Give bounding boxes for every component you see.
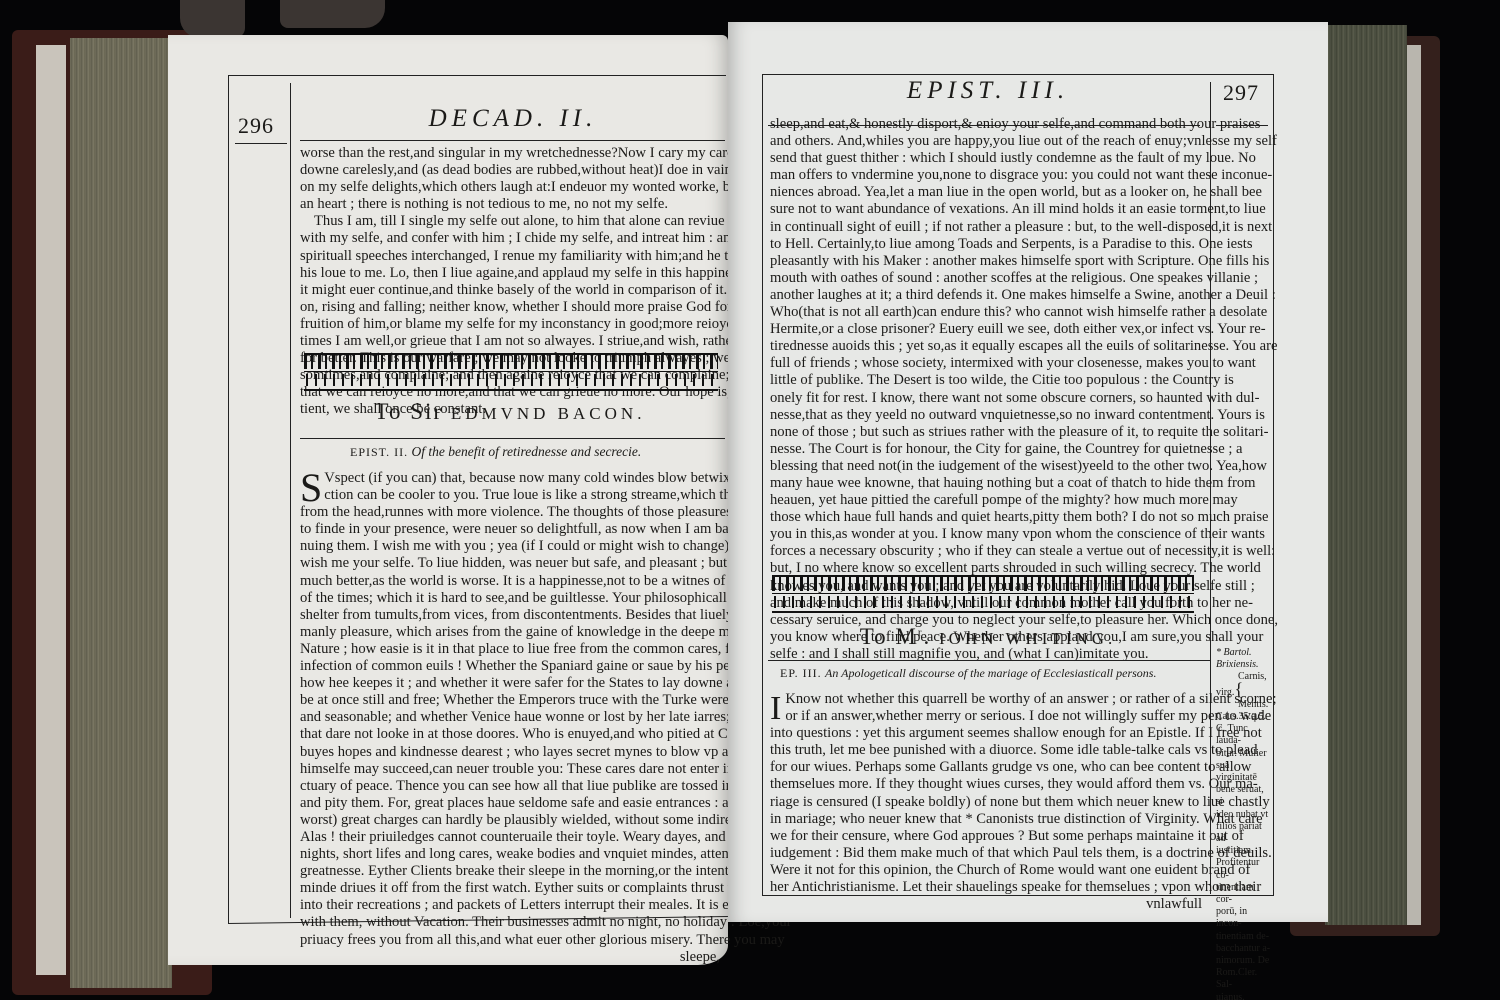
text-line: Know not whether this quarrell be worthy… bbox=[770, 691, 1202, 708]
margin-note-line: bacchantur a- bbox=[1216, 943, 1271, 955]
folio-rule bbox=[235, 143, 287, 144]
text-line: spirituall speeches interchanged, I renu… bbox=[300, 248, 720, 265]
text-line: to Hell. Certainly,to liue among Toads a… bbox=[770, 236, 1202, 253]
text-line: minde driues it off from the first watch… bbox=[300, 880, 720, 897]
text-line: with my selfe, and confer with him ; I c… bbox=[300, 230, 720, 247]
epistle-title: Ep. III. An Apologeticall discourse of t… bbox=[780, 665, 1205, 681]
margin-note-line: tinentiam cor- bbox=[1216, 882, 1271, 906]
ornamental-headpiece bbox=[304, 353, 718, 391]
text-line: from the head,runnes with more violence.… bbox=[300, 504, 720, 521]
margin-note-line: bene seruat, si bbox=[1216, 784, 1271, 808]
text-line: much better,as the world is worse. It is… bbox=[300, 573, 720, 590]
text-line: in mariage; who neuer knew that * Canoni… bbox=[770, 811, 1202, 828]
text-line: manly pleasure, which arises from the ga… bbox=[300, 624, 720, 641]
text-line: send that guest thither : which I should… bbox=[770, 150, 1202, 167]
margin-note-line: Carnis, bbox=[1216, 671, 1271, 683]
text-line: priuacy frees you from all this,and what… bbox=[300, 932, 720, 949]
text-line: nesse,that as they yeeld no outward vnqu… bbox=[770, 407, 1202, 424]
text-line: sleep,and eat,& honestly disport,& enioy… bbox=[770, 116, 1202, 133]
text-line: fruition of him,or blame my selfe for my… bbox=[300, 316, 720, 333]
text-line: nesse. The Court is for honour, the City… bbox=[770, 441, 1202, 458]
brace-icon: { bbox=[1234, 679, 1243, 699]
page-number: 297 bbox=[1223, 80, 1259, 106]
catchword: sleepe, bbox=[300, 949, 720, 966]
text-line: little of publike. The Desert is too wil… bbox=[770, 372, 1202, 389]
text-line: into questions : yet this argument seeme… bbox=[770, 725, 1202, 742]
margin-note-line: tinentiam de- bbox=[1216, 931, 1271, 943]
text-line: or if an answer,whether merry or serious… bbox=[770, 708, 1202, 725]
text-line: wish me your selfe. To liue hidden, was … bbox=[300, 555, 720, 572]
margin-note-line: * Bartol. bbox=[1216, 647, 1271, 659]
right-page: EPIST. III. 297 sleep,and eat,& honestly… bbox=[728, 22, 1328, 922]
margin-note-line: Brixiensis. bbox=[1216, 659, 1271, 671]
text-line: mouth with oathes of sound : another sco… bbox=[770, 270, 1202, 287]
text-line: another laughes at it; a third defends i… bbox=[770, 287, 1202, 304]
text-line: onely fit for rest. I know, there want n… bbox=[770, 390, 1202, 407]
heading-rule bbox=[300, 438, 725, 439]
text-line: man offers to vndermine you,none to disg… bbox=[770, 167, 1202, 184]
text-line: nuing them. I wish me with you ; yea (if… bbox=[300, 538, 720, 555]
text-line: Were it not for this opinion, the Church… bbox=[770, 862, 1202, 879]
left-page: 296 DECAD. II. worse than the rest,and s… bbox=[168, 35, 728, 965]
marginal-notes: * Bartol. Brixiensis. Carnis, virg.{ Men… bbox=[1216, 647, 1271, 1000]
header-rule bbox=[300, 140, 725, 141]
text-line: shelter from tumults,from vices, from di… bbox=[300, 607, 720, 624]
text-line: this truth, let me bee punished with a d… bbox=[770, 742, 1202, 759]
catchword: vnlawfull bbox=[770, 896, 1202, 913]
margin-note-brace-line: virg.{ bbox=[1216, 684, 1271, 699]
page-number: 296 bbox=[238, 113, 274, 139]
text-line: infection of common euils ! Whether the … bbox=[300, 658, 720, 675]
margin-note-line: Profitentur cō- bbox=[1216, 857, 1271, 881]
text-line: niences abroad. Yea,let a man liue in th… bbox=[770, 184, 1202, 201]
text-line: for our wiues. Perhaps some Gallants gru… bbox=[770, 759, 1202, 776]
ornamental-headpiece bbox=[772, 575, 1194, 613]
text-line: worst) great charges can hardly be plaus… bbox=[300, 812, 720, 829]
text-line: to finde in your presence, were neuer so… bbox=[300, 521, 720, 538]
text-line: those which haue full hands and quiet he… bbox=[770, 509, 1202, 526]
clasp-left bbox=[180, 0, 245, 38]
heading-name: Edmvnd Bacon. bbox=[451, 404, 646, 423]
text-line: ctuary of peace. Thence you can see how … bbox=[300, 778, 720, 795]
margin-note-line: filios pariat ad bbox=[1216, 821, 1271, 845]
margin-note-line: C. Tunc lauda- bbox=[1216, 723, 1271, 747]
text-line: full of friends ; whose society, intermi… bbox=[770, 355, 1202, 372]
text-line: pleasantly with his Maker : another make… bbox=[770, 253, 1202, 270]
running-head: EPIST. III. bbox=[768, 77, 1208, 105]
text-line: and others. And,whiles you are happy,you… bbox=[770, 133, 1202, 150]
margin-note-line: bitur. Mulier bbox=[1216, 748, 1271, 760]
epistle-label: Epist. II. bbox=[350, 445, 408, 459]
margin-note-line: porū, in incon- bbox=[1216, 906, 1271, 930]
text-line: how hee keepes it ; and whether it were … bbox=[300, 675, 720, 692]
page-block-right bbox=[1325, 25, 1407, 925]
text-line: iudgement : Bid them make much of that w… bbox=[770, 845, 1202, 862]
text-line: Hermite,or a close prisoner? Euery euill… bbox=[770, 321, 1202, 338]
margin-note-line: nimorum. De bbox=[1216, 955, 1271, 967]
text-line: you in this,as wonder at you. I know man… bbox=[770, 526, 1202, 543]
text-line: downe carelesly,and (as dead bodies are … bbox=[300, 162, 720, 179]
margin-note-line: virg. bbox=[1216, 687, 1234, 698]
text-line: greatnesse. Eyther Clients breake their … bbox=[300, 863, 720, 880]
epistle-title: Epist. II. Of the benefit of retiredness… bbox=[350, 444, 720, 460]
text-line: many haue wee knowne, that hauing nothin… bbox=[770, 475, 1202, 492]
text-line: it might euer continue,and thinke basely… bbox=[300, 282, 720, 299]
text-line: Thus I am, till I single my selfe out al… bbox=[300, 213, 720, 230]
text-line: Alas ! their priuiledges cannot counteru… bbox=[300, 829, 720, 846]
heading-name: Iohn Whiting. bbox=[939, 629, 1116, 648]
drop-capital: S bbox=[300, 472, 322, 504]
margin-note-line: Rom.Cler. Sal- bbox=[1216, 967, 1271, 991]
letter-body: S Vspect (if you can) that, because now … bbox=[300, 470, 720, 966]
heading-rule bbox=[768, 660, 1210, 661]
margin-note-line: ideo nubat vt bbox=[1216, 809, 1271, 821]
letter-heading: To Mr. Iohn Whiting. bbox=[768, 624, 1208, 650]
margin-note-line: uianus. bbox=[1216, 992, 1271, 1000]
text-line: his loue to me. Lo, then I liue againe,a… bbox=[300, 265, 720, 282]
text-line: with them, without Vacation. Their busin… bbox=[300, 914, 720, 931]
text-line: forces a necessary obscurity ; who if th… bbox=[770, 543, 1202, 560]
text-line: and pity them. For, great places haue se… bbox=[300, 795, 720, 812]
endpaper-left bbox=[36, 45, 66, 975]
text-line: Vspect (if you can) that, because now ma… bbox=[300, 470, 720, 487]
text-line: nights, short lifes and long cares, weak… bbox=[300, 846, 720, 863]
text-line: on my selfe delights,which others laugh … bbox=[300, 179, 720, 196]
margin-note-line: suâ virginitatē bbox=[1216, 760, 1271, 784]
text-line: blessing that need not(in the iudgement … bbox=[770, 458, 1202, 475]
text-line: heauen, yet haue pittied the carefull po… bbox=[770, 492, 1202, 509]
text-line: we for their censure, where God approues… bbox=[770, 828, 1202, 845]
text-line: none of those ; but such as striues rath… bbox=[770, 424, 1202, 441]
text-line: himselfe may succeed,can neuer trouble y… bbox=[300, 761, 720, 778]
text-line: Nature ; how easie is it in that place t… bbox=[300, 641, 720, 658]
drop-capital: I bbox=[770, 693, 781, 725]
text-line: worse than the rest,and singular in my w… bbox=[300, 145, 720, 162]
text-line: on, rising and falling; neither know, wh… bbox=[300, 299, 720, 316]
text-line: her Antichristianisme. Let their shaueli… bbox=[770, 879, 1202, 896]
heading-prefix: To M bbox=[860, 624, 918, 649]
text-line: sure not to want abundance of vexations.… bbox=[770, 201, 1202, 218]
text-line: riage is censured (I speake boldly) of n… bbox=[770, 794, 1202, 811]
running-head: DECAD. II. bbox=[298, 105, 728, 133]
margin-note-line: iustitiam. bbox=[1216, 845, 1271, 857]
text-line: in continuall sight of euill ; if not ra… bbox=[770, 219, 1202, 236]
epistle-label: Ep. III. bbox=[780, 666, 822, 680]
text-line: tirednesse auoids this ; yet so,as it eq… bbox=[770, 338, 1202, 355]
margin-note-line: Mentis. bbox=[1216, 699, 1271, 711]
letter-heading: To Sir Edmvnd Bacon. bbox=[300, 399, 720, 425]
clasp-right bbox=[280, 0, 385, 28]
margin-note-line: Caus.35.q.5. bbox=[1216, 711, 1271, 723]
text-line: of the times; which it is hard to see,an… bbox=[300, 590, 720, 607]
text-line: Who(that is not all earth)can endure thi… bbox=[770, 304, 1202, 321]
page-block-left bbox=[70, 38, 172, 988]
text-line: that dare not looke in at those doores. … bbox=[300, 726, 720, 743]
text-line: times I am well,or grieue that I am not … bbox=[300, 333, 720, 350]
heading-separator: . bbox=[924, 624, 940, 649]
epistle-title-text: Of the benefit of retirednesse and secre… bbox=[411, 444, 641, 459]
letter-body: I Know not whether this quarrell be wort… bbox=[770, 691, 1202, 913]
text-line: buyes hopes and kindnesse dearest ; who … bbox=[300, 744, 720, 761]
margin-rule bbox=[290, 83, 291, 918]
text-line: be at once still and free; Whether the E… bbox=[300, 692, 720, 709]
text-line: an heart ; there is nothing is not tedio… bbox=[300, 196, 720, 213]
text-line: themselues more. If they thought wiues c… bbox=[770, 776, 1202, 793]
endpaper-right bbox=[1405, 45, 1421, 925]
heading-prefix: To Sir bbox=[375, 399, 451, 424]
text-line: ction can be cooler to you. True loue is… bbox=[300, 487, 720, 504]
epistle-title-text: An Apologeticall discourse of the mariag… bbox=[825, 666, 1156, 680]
text-line: into their recreations ; and packets of … bbox=[300, 897, 720, 914]
text-line: and seasonable; and whether Venice haue … bbox=[300, 709, 720, 726]
